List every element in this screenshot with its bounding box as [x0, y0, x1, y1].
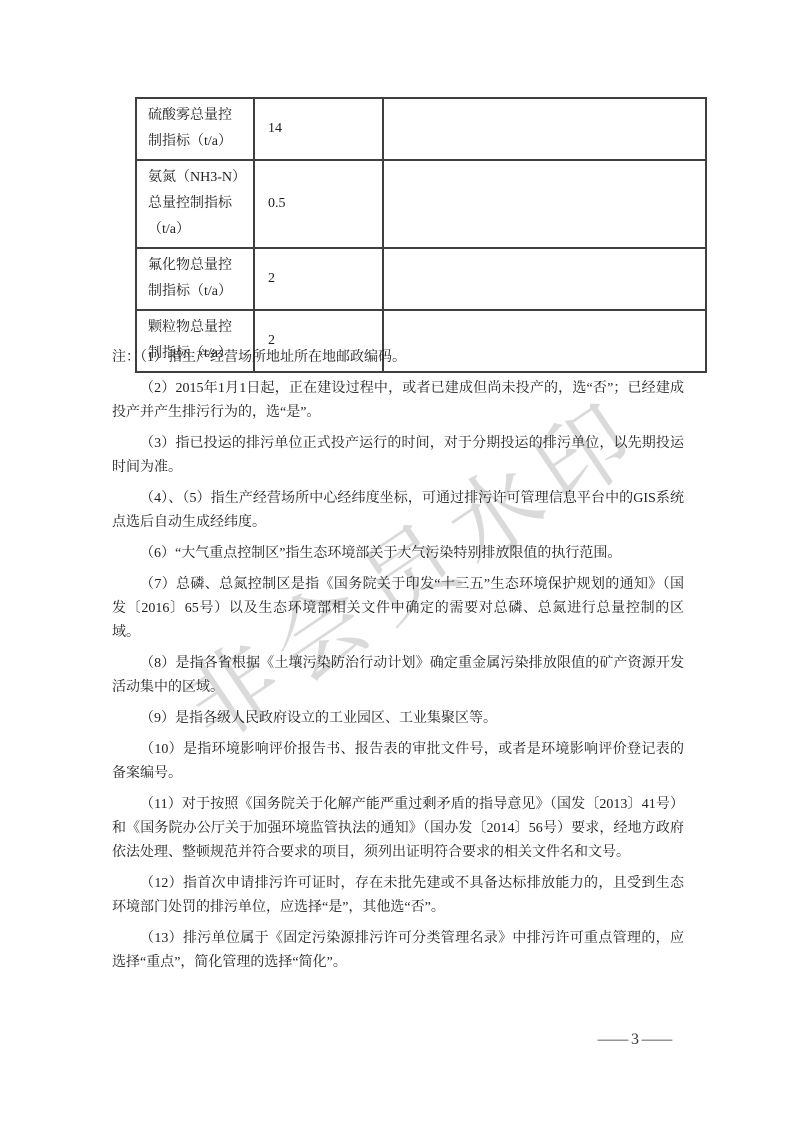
value-cell: 0.5 — [254, 160, 383, 248]
value-cell: 2 — [254, 248, 383, 310]
note-paragraph-3: （3）指已投运的排污单位正式投产运行的时间，对于分期投运的排污单位，以先期投运时… — [112, 432, 684, 480]
table-row: 硫酸雾总量控制指标（t/a） 14 — [136, 98, 706, 160]
note-paragraph-13: （13）排污单位属于《固定污染源排污许可分类管理名录》中排污许可重点管理的，应选… — [112, 927, 684, 975]
table-row: 氨氮（NH3-N）总量控制指标（t/a） 0.5 — [136, 160, 706, 248]
note-paragraph-4-5: （4）、（5）指生产经营场所中心经纬度坐标，可通过排污许可管理信息平台中的GIS… — [112, 487, 684, 535]
note-paragraph-11: （11）对于按照《国务院关于化解产能严重过剩矛盾的指导意见》（国发〔2013〕4… — [112, 793, 684, 865]
note-paragraph-6: （6）“大气重点控制区”指生态环境部关于大气污染特别排放限值的执行范围。 — [112, 542, 684, 566]
page-number: 3 — [631, 1031, 639, 1049]
note-paragraph-12: （12）指首次申请排污许可证时，存在未批先建或不具备达标排放能力的，且受到生态环… — [112, 872, 684, 920]
remark-cell — [383, 98, 706, 160]
table-row: 氟化物总量控制指标（t/a） 2 — [136, 248, 706, 310]
note-paragraph-10: （10）是指环境影响评价报告书、报告表的审批文件号，或者是环境影响评价登记表的备… — [112, 738, 684, 786]
page-number-dash-right: — — [642, 1031, 672, 1049]
page-number-dash-left: — — [598, 1031, 628, 1049]
note-paragraph-9: （9）是指各级人民政府设立的工业园区、工业集聚区等。 — [112, 707, 684, 731]
value-cell: 14 — [254, 98, 383, 160]
note-paragraph-8: （8）是指各省根据《土壤污染防治行动计划》确定重金属污染排放限值的矿产资源开发活… — [112, 652, 684, 700]
total-quota-table: 硫酸雾总量控制指标（t/a） 14 氨氮（NH3-N）总量控制指标（t/a） 0… — [135, 97, 707, 373]
note-paragraph-1: 注：（1）指生产经营场所地址所在地邮政编码。 — [112, 346, 684, 370]
indicator-cell: 氟化物总量控制指标（t/a） — [136, 248, 254, 310]
notes-section: 注：（1）指生产经营场所地址所在地邮政编码。 （2）2015年1月1日起，正在建… — [112, 346, 684, 982]
document-page: 非会员水印 硫酸雾总量控制指标（t/a） 14 氨氮（NH3-N）总量控制指标（… — [0, 0, 793, 1122]
note-paragraph-2: （2）2015年1月1日起，正在建设过程中，或者已建成但尚未投产的，选“否”；已… — [112, 377, 684, 425]
remark-cell — [383, 248, 706, 310]
note-paragraph-7: （7）总磷、总氮控制区是指《国务院关于印发“十三五”生态环境保护规划的通知》（国… — [112, 573, 684, 645]
indicator-cell: 氨氮（NH3-N）总量控制指标（t/a） — [136, 160, 254, 248]
indicator-cell: 硫酸雾总量控制指标（t/a） — [136, 98, 254, 160]
remark-cell — [383, 160, 706, 248]
page-footer: —3— — [0, 1031, 675, 1049]
